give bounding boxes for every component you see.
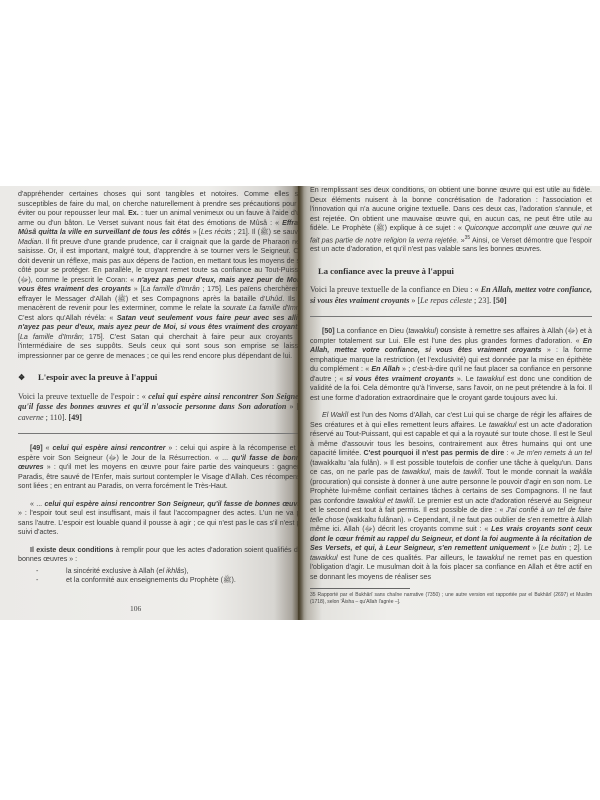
left-note-hope-actions: « ... celui qui espère ainsi rencontrer … bbox=[18, 500, 298, 538]
page-number-left: 106 bbox=[130, 604, 141, 614]
left-proof-paragraph: Voici la preuve textuelle de l'espoir : … bbox=[18, 392, 298, 424]
right-note-50: [50] La confiance en Dieu (tawakkul) con… bbox=[310, 327, 592, 403]
book-gutter bbox=[292, 186, 304, 620]
condition-item: -la sincérité exclusive à Allah (el ikhl… bbox=[18, 567, 298, 577]
right-divider bbox=[310, 316, 592, 317]
left-note-49: [49] « celui qui espère ainsi rencontrer… bbox=[18, 444, 298, 492]
book-spread: d'appréhender certaines choses qui sont … bbox=[0, 186, 600, 620]
left-conditions-paragraph: Il existe deux conditions à remplir pour… bbox=[18, 546, 298, 565]
right-page: En remplissant ses deux conditions, on o… bbox=[298, 186, 600, 620]
right-note-wakil: El Wakîl est l'un des Noms d'Allah, car … bbox=[310, 411, 592, 582]
right-proof-paragraph: Voici la preuve textuelle de la confianc… bbox=[310, 285, 592, 306]
footnote-35: 35 Rapporté par el Bukhârî sans chaîne n… bbox=[310, 592, 592, 605]
condition-item: -et la conformité aux enseignements du P… bbox=[18, 576, 298, 586]
conditions-list: -la sincérité exclusive à Allah (el ikhl… bbox=[18, 567, 298, 586]
left-intro-paragraph: d'appréhender certaines choses qui sont … bbox=[18, 190, 298, 361]
footnote-rule bbox=[310, 588, 410, 589]
right-section-heading: La confiance avec la preuve à l'appui bbox=[310, 267, 592, 277]
left-page: d'appréhender certaines choses qui sont … bbox=[0, 186, 298, 620]
diamond-bullet-icon: ❖ bbox=[18, 373, 38, 383]
left-heading-text: L'espoir avec la preuve à l'appui bbox=[38, 372, 157, 382]
right-intro-paragraph: En remplissant ses deux conditions, on o… bbox=[310, 186, 592, 255]
left-section-heading: ❖L'espoir avec la preuve à l'appui bbox=[18, 373, 298, 383]
left-divider bbox=[18, 433, 298, 434]
